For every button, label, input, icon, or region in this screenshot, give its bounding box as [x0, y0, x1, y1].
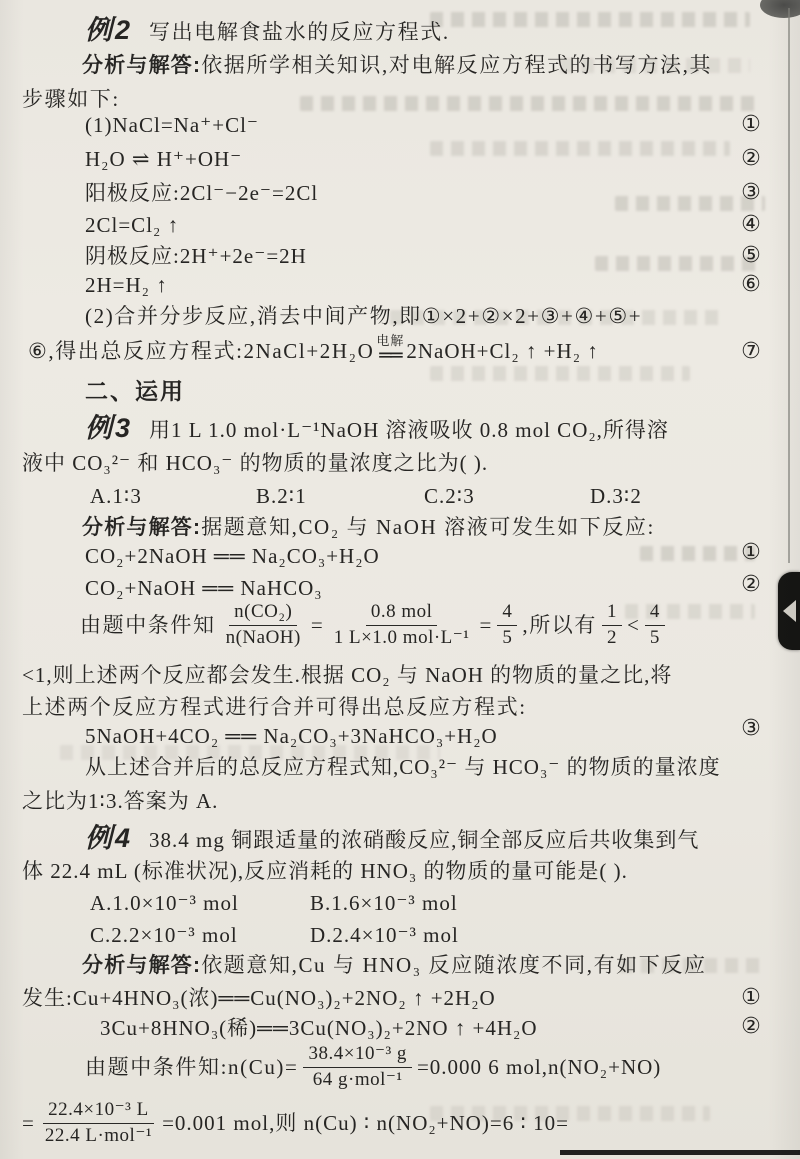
ex4-heading: 例438.4 mg 铜跟适量的浓硝酸反应,铜全部反应后共收集到气	[85, 822, 699, 856]
circled-number: ⑥	[733, 272, 769, 297]
circled-number: ①	[733, 112, 769, 137]
ex2-analysis-text: 依据所学相关知识,对电解反应方程式的书写方法,其	[201, 53, 712, 77]
ex2-step-line: 阴极反应:2H⁺+2e⁻=2H	[85, 243, 307, 269]
ex2-step-line: 2Cl=Cl₂ ↑	[85, 212, 179, 238]
bleedthrough-artifact	[430, 141, 730, 156]
ex3-label: 例3	[85, 413, 133, 443]
ex3-conclusion-line2: 之比为1∶3.答案为 A.	[22, 788, 218, 814]
ex2-heading: 例2写出电解食盐水的反应方程式.	[85, 14, 450, 48]
circled-number: ⑦	[733, 339, 769, 364]
calc-prefix: 由题中条件知:n(Cu)=	[85, 1054, 298, 1080]
circled-number: ⑤	[733, 243, 769, 268]
ex4-question-line1: 38.4 mg 铜跟适量的浓硝酸反应,铜全部反应后共收集到气	[149, 828, 699, 852]
fraction: 45	[497, 600, 517, 650]
analysis-label: 分析与解答:	[82, 954, 201, 977]
circled-number: ③	[733, 716, 769, 741]
ex3-analysis-text: 据题意知,CO₂ 与 NaOH 溶液可发生如下反应:	[201, 515, 655, 539]
double-equals-sign: ══	[379, 348, 401, 363]
fraction: 22.4×10⁻³ L22.4 L·mol⁻¹	[40, 1098, 157, 1148]
scanned-textbook-page: 例2写出电解食盐水的反应方程式. 分析与解答:依据所学相关知识,对电解反应方程式…	[0, 0, 800, 1159]
ex3-ratio-calculation: 由题中条件知 n(CO₂)n(NaOH) = 0.8 mol1 L×1.0 mo…	[80, 600, 670, 650]
ex2-step-line: (1)NaCl=Na⁺+Cl⁻	[85, 112, 259, 138]
ex2-step-line: 2H=H₂ ↑	[85, 272, 168, 298]
equals-sign: =	[22, 1110, 35, 1136]
ex3-equation-2: CO₂+NaOH ══ NaHCO₃	[85, 575, 323, 601]
ex3-option-a: A.1∶3	[90, 483, 142, 509]
ex4-option-a: A.1.0×10⁻³ mol	[90, 890, 239, 916]
ex4-analysis-line: 分析与解答:依题意知,Cu 与 HNO₃ 反应随浓度不同,有如下反应	[82, 952, 707, 979]
fraction: 38.4×10⁻³ g64 g·mol⁻¹	[303, 1042, 411, 1092]
analysis-label: 分析与解答:	[82, 54, 201, 77]
ex4-label: 例4	[85, 823, 133, 853]
ex2-combine-line1: (2)合并分步反应,消去中间产物,即①×2+②×2+③+④+⑤+	[85, 303, 642, 329]
ex3-option-d: D.3∶2	[590, 483, 642, 509]
bleedthrough-artifact	[430, 366, 690, 381]
ex4-option-b: B.1.6×10⁻³ mol	[310, 890, 458, 916]
ex2-step-line: H₂O ⇌ H⁺+OH⁻	[85, 146, 242, 172]
ex3-option-c: C.2∶3	[424, 483, 475, 509]
equals-sign: =	[311, 612, 324, 638]
fraction: 45	[645, 600, 665, 650]
circled-number: ①	[733, 540, 769, 565]
ex2-combine-pre: ⑥,得出总反应方程式:2NaCl+2H₂O	[28, 338, 374, 364]
bleedthrough-artifact	[300, 96, 755, 111]
calc-suffix: =0.001 mol,则 n(Cu) ∶ n(NO₂+NO)=6 ∶ 10=	[162, 1110, 569, 1136]
ex3-conclusion-line1: 从上述合并后的总反应方程式知,CO₃²⁻ 与 HCO₃⁻ 的物质的量浓度	[85, 754, 721, 780]
ex3-equation-1: CO₂+2NaOH ══ Na₂CO₃+H₂O	[85, 543, 380, 569]
calc-suffix: =0.000 6 mol,n(NO₂+NO)	[417, 1054, 661, 1080]
page-edge-bookmark-tab	[778, 572, 800, 650]
less-than-sign: <	[627, 612, 640, 638]
scan-bottom-edge-line	[560, 1150, 800, 1155]
section-heading: 二、运用	[85, 377, 185, 406]
ex2-combine-post: 2NaOH+Cl₂ ↑ +H₂ ↑	[406, 338, 598, 364]
electrolysis-over-equals: 电解 ══	[376, 334, 404, 363]
circled-number: ①	[733, 985, 769, 1010]
equals-sign: =	[480, 612, 493, 638]
ex2-title: 写出电解食盐水的反应方程式.	[149, 20, 450, 44]
left-arrow-icon	[783, 600, 796, 622]
ex3-cont-line1: <1,则上述两个反应都会发生.根据 CO₂ 与 NaOH 的物质的量之比,将	[22, 662, 672, 688]
scan-corner-shadow	[760, 0, 800, 18]
circled-number: ②	[733, 1014, 769, 1039]
analysis-label: 分析与解答:	[82, 516, 201, 539]
ex4-analysis-text: 依题意知,Cu 与 HNO₃ 反应随浓度不同,有如下反应	[201, 953, 706, 977]
ex4-equation-1: 发生:Cu+4HNO₃(浓)══Cu(NO₃)₂+2NO₂ ↑ +2H₂O	[22, 985, 496, 1011]
bleedthrough-artifact	[430, 12, 750, 27]
ex2-analysis-line: 分析与解答:依据所学相关知识,对电解反应方程式的书写方法,其	[82, 52, 712, 79]
page-edge-line	[788, 8, 790, 563]
ex4-question-line2: 体 22.4 mL (标准状况),反应消耗的 HNO₃ 的物质的量可能是( ).	[22, 858, 628, 884]
ex3-question-line1: 用1 L 1.0 mol·L⁻¹NaOH 溶液吸收 0.8 mol CO₂,所得…	[149, 418, 669, 442]
ex4-calculation-line2: = 22.4×10⁻³ L22.4 L·mol⁻¹ =0.001 mol,则 n…	[22, 1098, 569, 1148]
circled-number: ③	[733, 180, 769, 205]
circled-number: ④	[733, 212, 769, 237]
ex2-label: 例2	[85, 15, 133, 45]
ex3-analysis-line: 分析与解答:据题意知,CO₂ 与 NaOH 溶液可发生如下反应:	[82, 514, 655, 541]
ex4-option-d: D.2.4×10⁻³ mol	[310, 922, 459, 948]
fraction: 0.8 mol1 L×1.0 mol·L⁻¹	[329, 600, 475, 650]
calc-middle-text: ,所以有	[522, 612, 597, 638]
ex3-equation-3: 5NaOH+4CO₂ ══ Na₂CO₃+3NaHCO₃+H₂O	[85, 723, 498, 749]
ex3-option-b: B.2∶1	[256, 483, 307, 509]
ex4-calculation-line1: 由题中条件知:n(Cu)= 38.4×10⁻³ g64 g·mol⁻¹ =0.0…	[85, 1042, 661, 1092]
circled-number: ②	[733, 146, 769, 171]
circled-number: ②	[733, 572, 769, 597]
ex2-step-line: 阳极反应:2Cl⁻−2e⁻=2Cl	[85, 180, 318, 206]
fraction: 12	[602, 600, 622, 650]
ex3-heading: 例3用1 L 1.0 mol·L⁻¹NaOH 溶液吸收 0.8 mol CO₂,…	[85, 412, 669, 446]
ex3-question-line2: 液中 CO₃²⁻ 和 HCO₃⁻ 的物质的量浓度之比为( ).	[22, 450, 488, 476]
calc-prefix: 由题中条件知	[80, 612, 216, 638]
fraction: n(CO₂)n(NaOH)	[221, 600, 306, 650]
ex4-equation-2: 3Cu+8HNO₃(稀)══3Cu(NO₃)₂+2NO ↑ +4H₂O	[100, 1015, 538, 1041]
ex4-option-c: C.2.2×10⁻³ mol	[90, 922, 238, 948]
ex2-overall-equation: ⑥,得出总反应方程式:2NaCl+2H₂O 电解 ══ 2NaOH+Cl₂ ↑ …	[28, 336, 599, 365]
ex2-analysis-cont: 步骤如下:	[22, 86, 120, 112]
ex3-cont-line2: 上述两个反应方程式进行合并可得出总反应方程式:	[22, 694, 527, 720]
